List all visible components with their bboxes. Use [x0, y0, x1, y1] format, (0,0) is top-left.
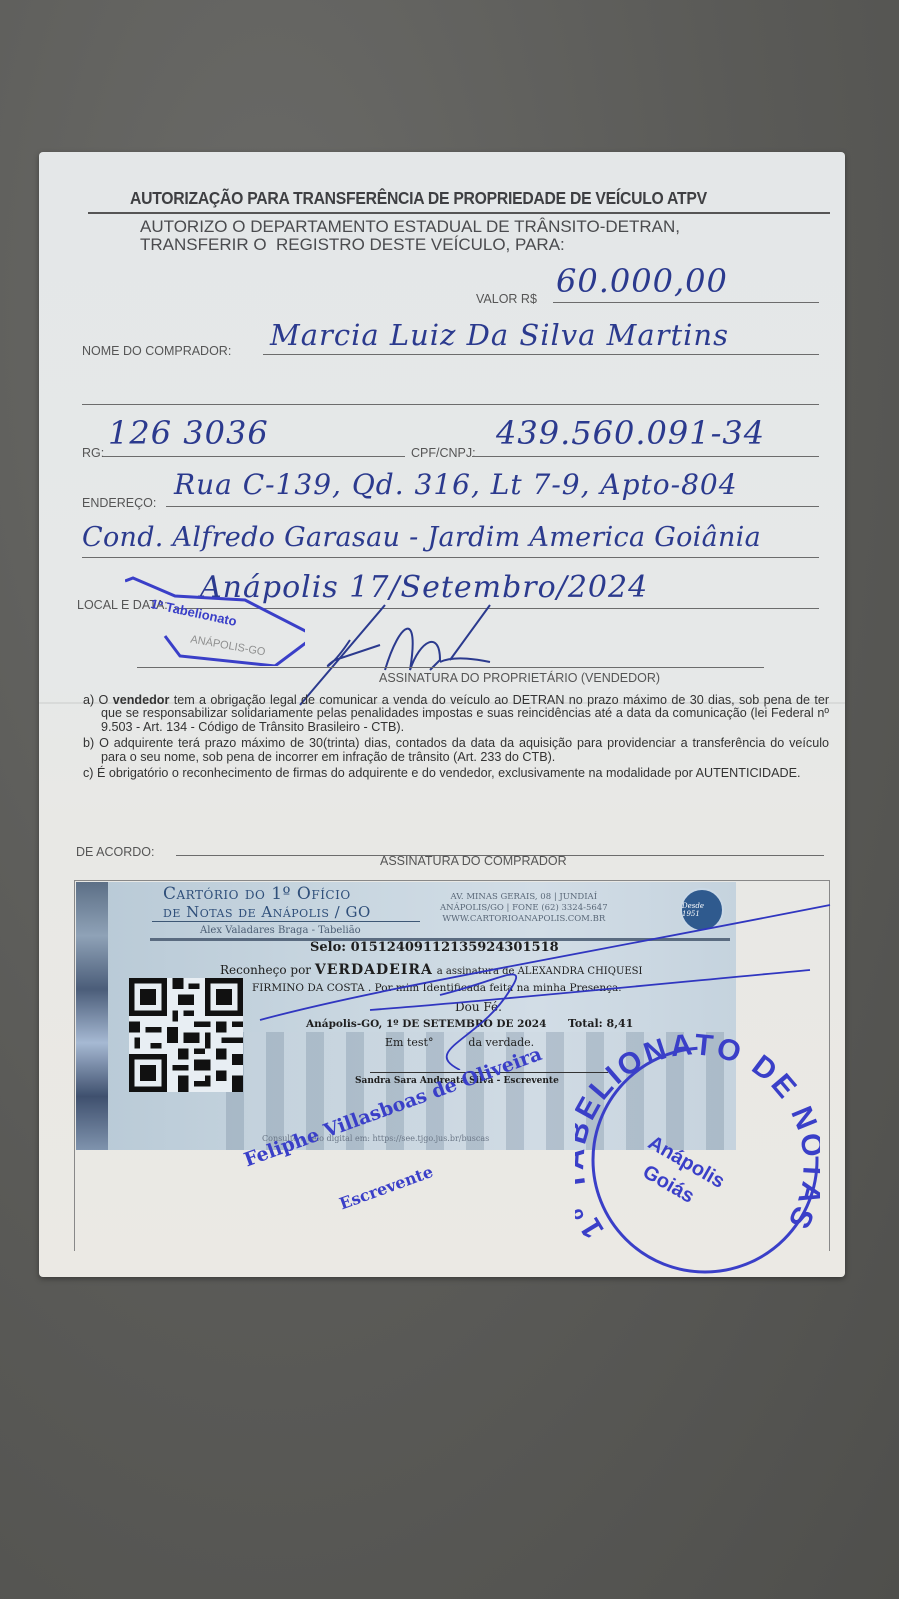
seller-signature-caption: ASSINATURA DO PROPRIETÁRIO (VENDEDOR)	[379, 671, 660, 685]
svg-text:1º TABELIONATO DE NOTAS: 1º TABELIONATO DE NOTAS	[575, 1030, 820, 1244]
rule-b: b) O adquirente terá prazo máximo de 30(…	[83, 737, 829, 764]
rg-line	[103, 456, 405, 457]
endereco-value-1: Rua C-139, Qd. 316, Lt 7-9, Apto-804	[174, 468, 738, 501]
endereco-value-2: Cond. Alfredo Garasau - Jardim America G…	[82, 522, 761, 553]
title-underline	[88, 212, 830, 214]
endereco-label: ENDEREÇO:	[82, 496, 156, 510]
de-acordo-label: DE ACORDO:	[76, 845, 155, 859]
cpf-line	[472, 456, 819, 457]
nome-line	[263, 354, 819, 355]
valor-value: 60.000,00	[556, 262, 728, 300]
cpf-label: CPF/CNPJ:	[411, 446, 476, 460]
valor-line	[553, 302, 819, 303]
intro-line-1: AUTORIZO O DEPARTAMENTO ESTADUAL DE TRÂN…	[140, 218, 680, 236]
endereco-line-2	[82, 557, 819, 558]
cpf-value: 439.560.091-34	[496, 414, 765, 452]
rg-label: RG:	[82, 446, 104, 460]
endereco-line-1	[166, 506, 819, 507]
tabelionato-round-stamp: 1º TABELIONATO DE NOTAS Anápolis Goiás	[575, 1030, 820, 1275]
nome-value: Marcia Luiz Da Silva Martins	[270, 318, 729, 352]
rule-a: a) O vendedor tem a obrigação legal de c…	[83, 694, 829, 734]
seller-signature-line	[137, 667, 764, 668]
document-title: AUTORIZAÇÃO PARA TRANSFERÊNCIA DE PROPRI…	[130, 188, 707, 209]
nome-extra-line	[82, 404, 819, 405]
round-stamp-outer-text: 1º TABELIONATO DE NOTAS	[575, 1030, 820, 1244]
rg-value: 126 3036	[108, 414, 269, 452]
buyer-signature-caption: ASSINATURA DO COMPRADOR	[380, 854, 567, 868]
hologram-strip	[76, 882, 108, 1150]
legal-notes: a) O vendedor tem a obrigação legal de c…	[83, 694, 829, 783]
rule-c: c) É obrigatório o reconhecimento de fir…	[83, 767, 829, 780]
valor-label: VALOR R$	[476, 292, 537, 306]
intro-line-2: TRANSFERIR O REGISTRO DESTE VEÍCULO, PAR…	[140, 236, 565, 254]
qr-code[interactable]	[123, 978, 249, 1092]
nome-label: NOME DO COMPRADOR:	[82, 344, 231, 358]
